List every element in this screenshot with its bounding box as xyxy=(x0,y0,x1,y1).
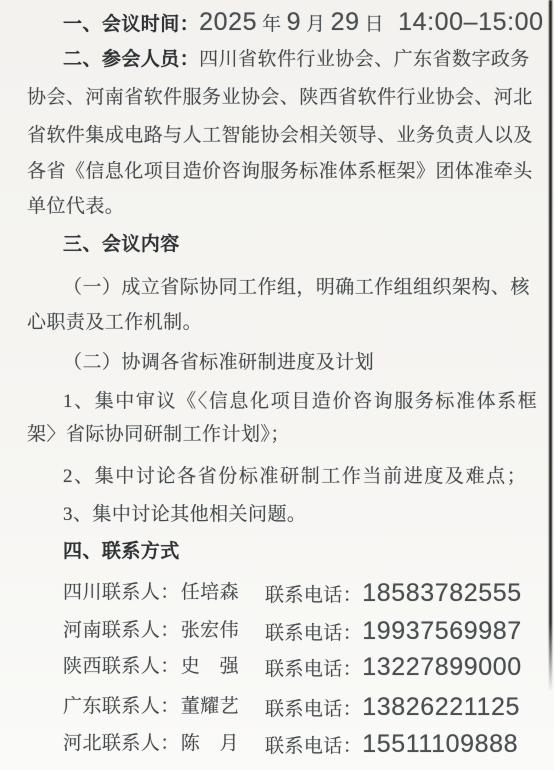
attendees-text-5: 单位代表。 xyxy=(27,196,124,217)
attendees-line-4: 各省《信息化项目造价咨询服务标准体系框架》团体准牵头 xyxy=(27,153,533,191)
phone-label: 联系电话： xyxy=(265,659,362,680)
contact-phone-block: 联系电话：13826221125 xyxy=(265,688,520,729)
agenda-item2-line: （二）协调各省标准研制进度及计划 xyxy=(63,344,374,382)
agenda-item2-1-text-1: 1、集中审议《〈信息化项目造价咨询服务标准体系框 xyxy=(63,391,538,412)
contact-row-hebei: 河北联系人：陈 月 联系电话：15511109888 xyxy=(63,725,239,763)
contact-region-label: 广东联系人： xyxy=(63,696,180,717)
scanned-document-page: 一、会议时间：2025年9月29日14:00–15:00 二、参会人员：四川省软… xyxy=(0,0,554,770)
day-unit: 日 xyxy=(365,14,384,35)
scan-edge-artifact xyxy=(549,0,552,692)
phone-number: 19937569987 xyxy=(362,617,522,645)
contact-phone-block: 联系电话：18583782555 xyxy=(265,574,522,615)
phone-label: 联系电话： xyxy=(265,585,362,606)
contact-phone-block: 联系电话：15511109888 xyxy=(265,725,518,766)
contact-name: 陈 月 xyxy=(181,733,239,754)
attendees-text-3: 省软件集成电路与人工智能协会相关领导、业务负责人以及 xyxy=(27,125,533,146)
agenda-item2-2-line: 2、集中讨论各省份标准研制工作当前进度及难点； xyxy=(63,458,527,496)
meeting-year: 2025 xyxy=(199,8,257,36)
contact-region-label: 河北联系人： xyxy=(63,733,180,754)
agenda-item2-1-line-2: 架〉省际协同研制工作计划》； xyxy=(27,416,290,454)
contact-phone-block: 联系电话：13227899000 xyxy=(265,648,522,689)
contact-heading: 四、联系方式 xyxy=(63,541,180,562)
phone-number: 15511109888 xyxy=(362,730,518,758)
meeting-day: 29 xyxy=(331,8,360,36)
contact-name: 史 强 xyxy=(181,656,239,677)
agenda-item2-text: （二）协调各省标准研制进度及计划 xyxy=(63,352,374,373)
month-unit: 月 xyxy=(306,14,325,35)
phone-number: 13826221125 xyxy=(362,693,520,721)
meeting-month: 9 xyxy=(287,8,302,36)
phone-label: 联系电话： xyxy=(265,699,362,720)
contact-phone-block: 联系电话：19937569987 xyxy=(265,612,522,653)
year-unit: 年 xyxy=(262,14,281,35)
agenda-item2-3-line: 3、集中讨论其他相关问题。 xyxy=(63,496,306,534)
attendees-line-1: 二、参会人员：四川省软件行业协会、广东省数字政务 xyxy=(63,41,530,79)
attendees-text-4: 各省《信息化项目造价咨询服务标准体系框架》团体准牵头 xyxy=(27,161,533,182)
meeting-time-heading: 一、会议时间： xyxy=(63,14,199,35)
attendees-line-3: 省软件集成电路与人工智能协会相关领导、业务负责人以及 xyxy=(27,117,533,155)
agenda-heading-line: 三、会议内容 xyxy=(63,226,180,264)
agenda-item1-line-2: 心职责及工作机制。 xyxy=(27,304,202,342)
attendees-line-5: 单位代表。 xyxy=(27,188,124,226)
contact-name: 张宏伟 xyxy=(181,620,239,641)
contact-region-label: 河南联系人： xyxy=(63,620,180,641)
phone-number: 18583782555 xyxy=(362,579,522,607)
agenda-heading: 三、会议内容 xyxy=(63,234,180,255)
attendees-text-1: 四川省软件行业协会、广东省数字政务 xyxy=(199,49,530,70)
attendees-line-2: 协会、河南省软件服务业协会、陕西省软件行业协会、河北 xyxy=(27,79,533,117)
contact-heading-line: 四、联系方式 xyxy=(63,533,180,571)
contact-region-label: 陕西联系人： xyxy=(63,656,180,677)
meeting-time-range: 14:00–15:00 xyxy=(398,8,544,36)
agenda-item1-text-1: （一）成立省际协同工作组，明确工作组组织架构、核 xyxy=(63,277,530,298)
attendees-heading: 二、参会人员： xyxy=(63,49,199,70)
meeting-time-line: 一、会议时间：2025年9月29日14:00–15:00 xyxy=(63,3,544,41)
contact-region-label: 四川联系人： xyxy=(63,582,180,603)
agenda-item2-2-text: 2、集中讨论各省份标准研制工作当前进度及难点； xyxy=(63,466,527,487)
contact-row-shaanxi: 陕西联系人：史 强 联系电话：13227899000 xyxy=(63,648,239,686)
phone-label: 联系电话： xyxy=(265,736,362,757)
contact-row-sichuan: 四川联系人：任培森 联系电话：18583782555 xyxy=(63,574,239,612)
contact-name: 董耀艺 xyxy=(181,696,239,717)
agenda-item2-1-text-2: 架〉省际协同研制工作计划》； xyxy=(27,424,290,445)
agenda-item2-3-text: 3、集中讨论其他相关问题。 xyxy=(63,504,306,525)
attendees-text-2: 协会、河南省软件服务业协会、陕西省软件行业协会、河北 xyxy=(27,87,533,108)
contact-row-henan: 河南联系人：张宏伟 联系电话：19937569987 xyxy=(63,612,239,650)
phone-number: 13227899000 xyxy=(362,653,522,681)
agenda-item1-line-1: （一）成立省际协同工作组，明确工作组组织架构、核 xyxy=(63,269,530,307)
contact-row-guangdong: 广东联系人：董耀艺 联系电话：13826221125 xyxy=(63,688,239,726)
phone-label: 联系电话： xyxy=(265,623,362,644)
contact-name: 任培森 xyxy=(181,582,239,603)
agenda-item1-text-2: 心职责及工作机制。 xyxy=(27,312,202,333)
